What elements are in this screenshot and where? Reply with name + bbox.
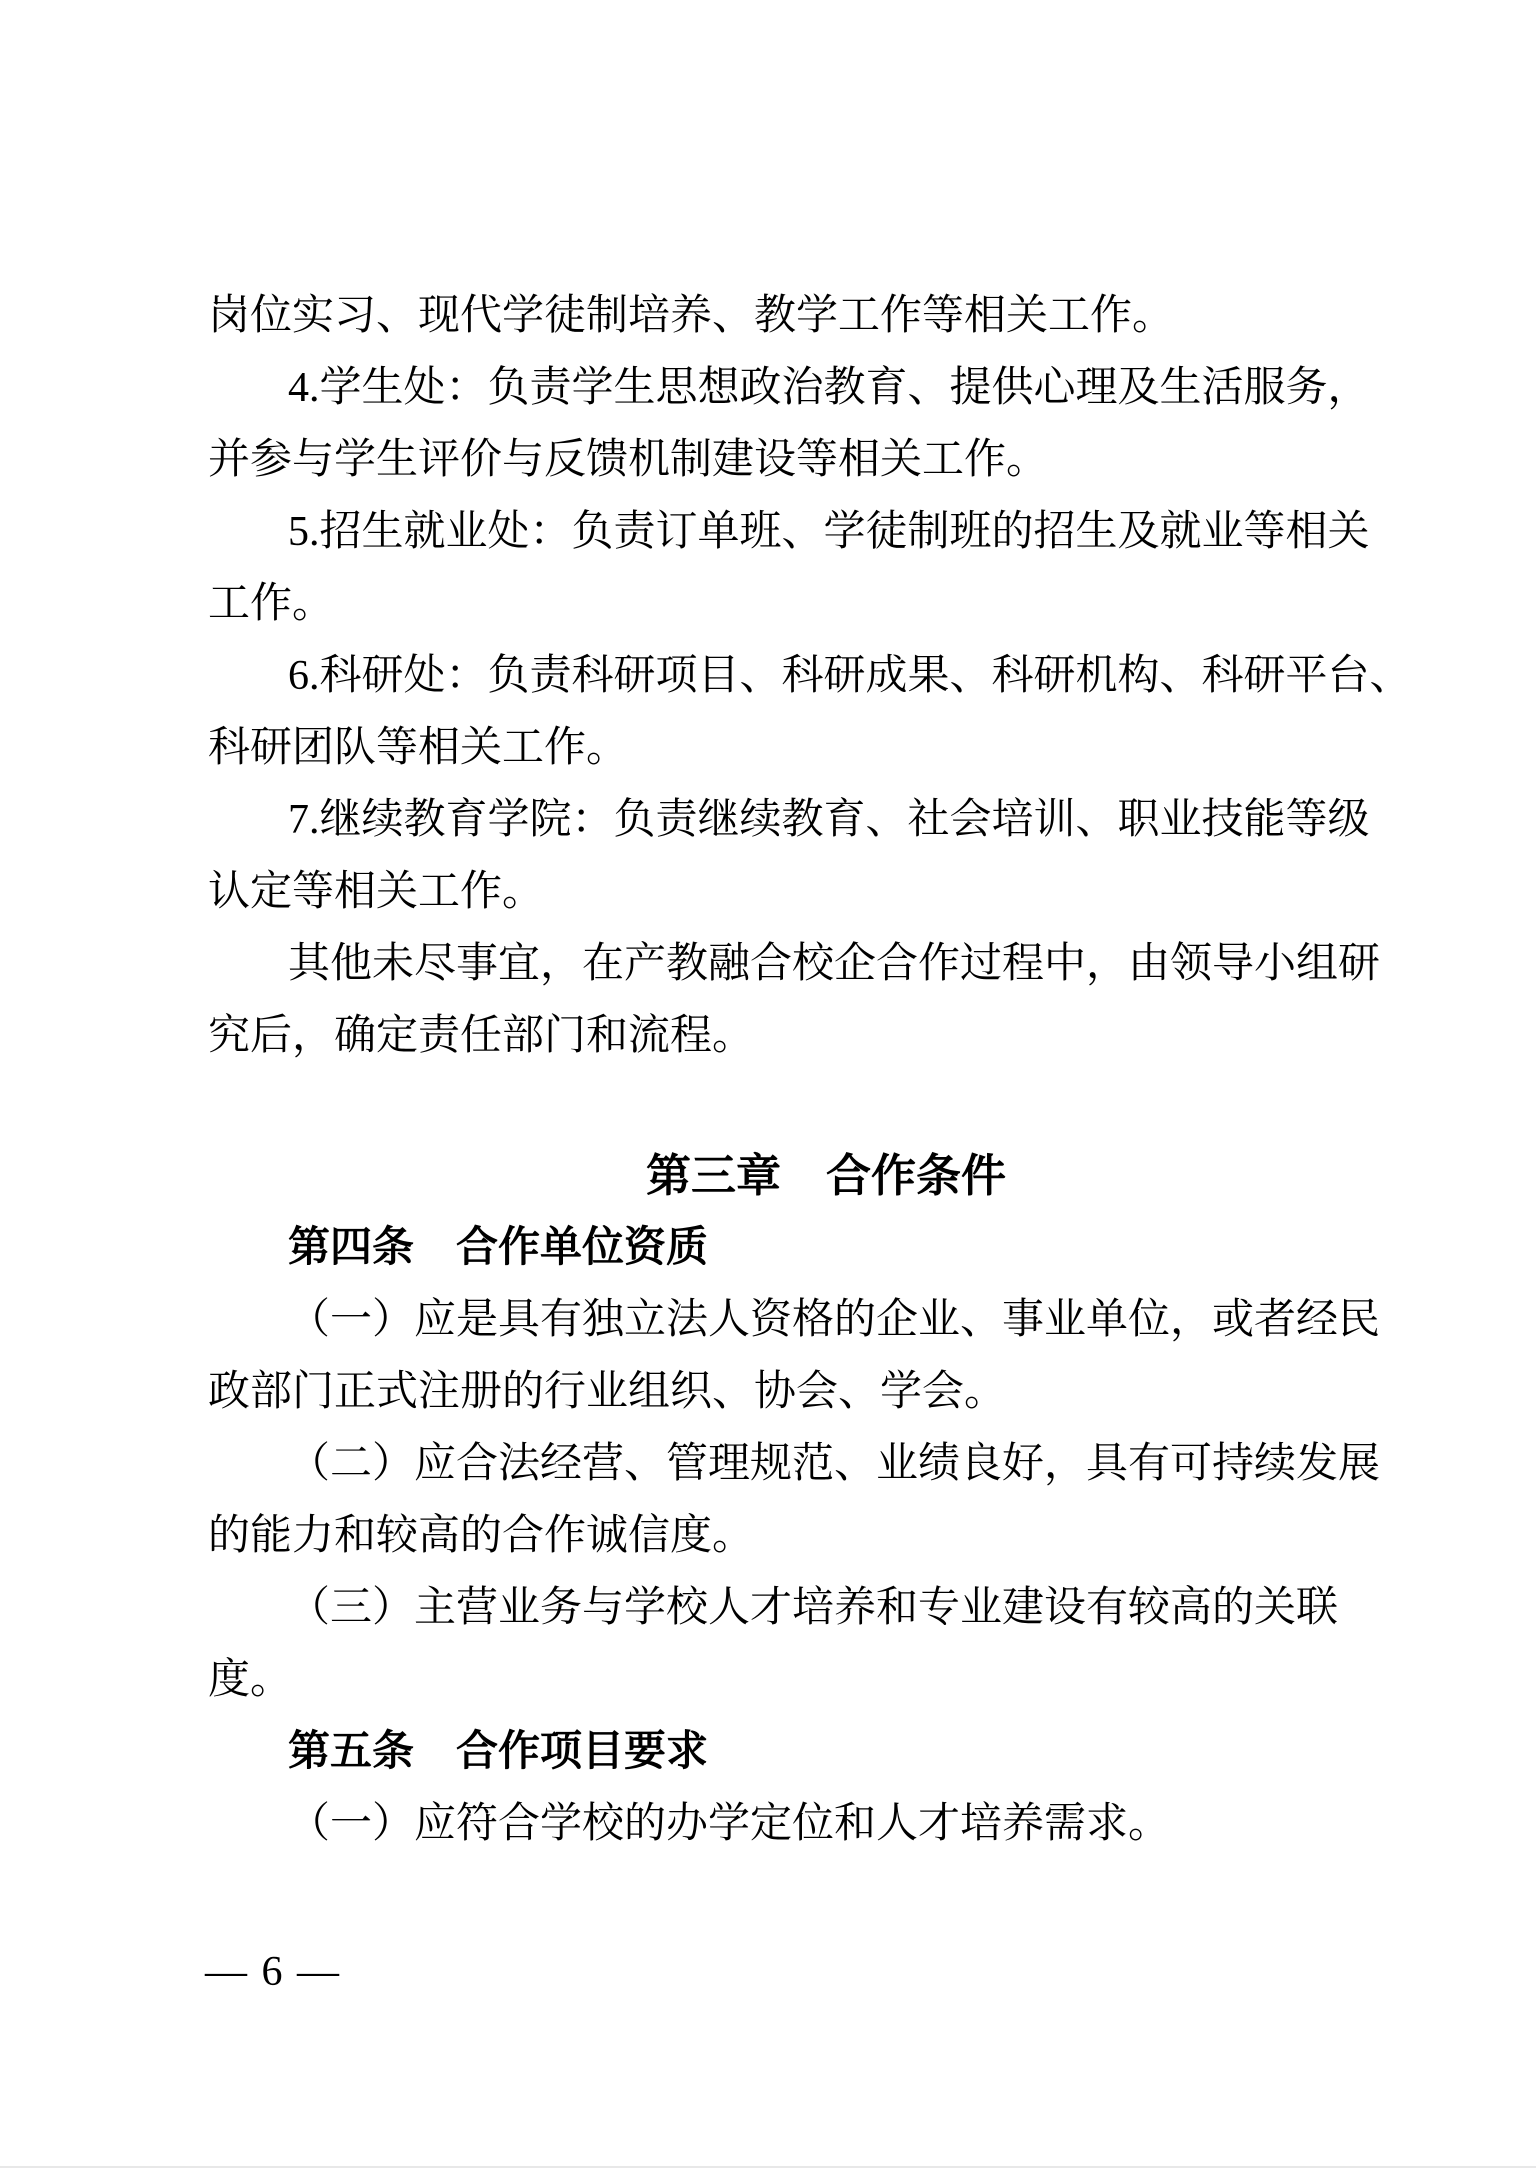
body-line: 的能力和较高的合作诚信度。 [208, 1500, 1348, 1572]
body-line: 认定等相关工作。 [208, 856, 1348, 928]
page-number: — 6 — [205, 1950, 341, 1994]
body-line: 政部门正式注册的行业组织、协会、学会。 [208, 1356, 1348, 1428]
body-line: 并参与学生评价与反馈机制建设等相关工作。 [208, 424, 1348, 496]
body-line: 工作。 [208, 568, 1348, 640]
body-line: 其他未尽事宜，在产教融合校企合作过程中，由领导小组研 [208, 928, 1348, 1000]
body-line: 7.继续教育学院：负责继续教育、社会培训、职业技能等级 [208, 784, 1348, 856]
body-line: 岗位实习、现代学徒制培养、教学工作等相关工作。 [208, 280, 1348, 352]
document-page: 岗位实习、现代学徒制培养、教学工作等相关工作。 4.学生处：负责学生思想政治教育… [0, 0, 1536, 2171]
body-line: 究后，确定责任部门和流程。 [208, 1000, 1348, 1072]
article-heading: 第四条 合作单位资质 [208, 1212, 1348, 1284]
body-line: （一）应是具有独立法人资格的企业、事业单位，或者经民 [208, 1284, 1348, 1356]
body-line: （三）主营业务与学校人才培养和专业建设有较高的关联 [208, 1572, 1348, 1644]
document-body: 岗位实习、现代学徒制培养、教学工作等相关工作。 4.学生处：负责学生思想政治教育… [208, 280, 1348, 1860]
body-line: 6.科研处：负责科研项目、科研成果、科研机构、科研平台、 [208, 640, 1348, 712]
bottom-divider [0, 2166, 1536, 2168]
body-line: 度。 [208, 1644, 1348, 1716]
body-line: （二）应合法经营、管理规范、业绩良好，具有可持续发展 [208, 1428, 1348, 1500]
body-line: 4.学生处：负责学生思想政治教育、提供心理及生活服务， [208, 352, 1348, 424]
body-line: （一）应符合学校的办学定位和人才培养需求。 [208, 1788, 1348, 1860]
article-heading: 第五条 合作项目要求 [208, 1716, 1348, 1788]
chapter-heading: 第三章 合作条件 [256, 1140, 1396, 1212]
body-line: 5.招生就业处：负责订单班、学徒制班的招生及就业等相关 [208, 496, 1348, 568]
body-line: 科研团队等相关工作。 [208, 712, 1348, 784]
